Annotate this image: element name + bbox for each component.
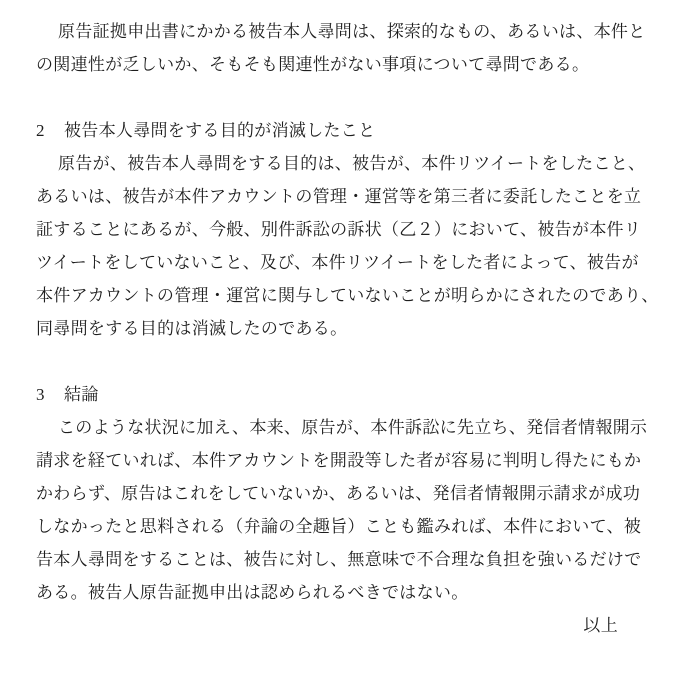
intro-paragraph-line-1: 原告証拠申出書にかかる被告本人尋問は、探索的なもの、あるいは、本件と bbox=[36, 15, 658, 48]
section-3-number: 3 bbox=[36, 378, 48, 411]
intro-paragraph-line-2: の関連性が乏しいか、そもそも関連性がない事項について尋問である。 bbox=[36, 48, 658, 81]
legal-document-page: 原告証拠申出書にかかる被告本人尋問は、探索的なもの、あるいは、本件と の関連性が… bbox=[0, 0, 688, 688]
section-2-heading: 2被告本人尋問をする目的が消滅したこと bbox=[36, 114, 658, 147]
closing-statement: 以上 bbox=[36, 609, 658, 642]
section-3-line-2: 請求を経ていれば、本件アカウントを開設等した者が容易に判明し得たにもか bbox=[36, 444, 658, 477]
section-2-line-3: 証することにあるが、今般、別件訴訟の訴状（乙２）において、被告が本件リ bbox=[36, 213, 658, 246]
section-3-heading: 3結論 bbox=[36, 378, 658, 411]
section-3-line-1: このような状況に加え、本来、原告が、本件訴訟に先立ち、発信者情報開示 bbox=[36, 411, 658, 444]
blank-line bbox=[36, 81, 658, 114]
section-2-line-6: 同尋問をする目的は消滅したのである。 bbox=[36, 312, 658, 345]
section-2-number: 2 bbox=[36, 114, 48, 147]
section-2-line-2: あるいは、被告が本件アカウントの管理・運営等を第三者に委託したことを立 bbox=[36, 180, 658, 213]
section-3-line-3: かわらず、原告はこれをしていないか、あるいは、発信者情報開示請求が成功 bbox=[36, 477, 658, 510]
section-3-line-5: 告本人尋問をすることは、被告に対し、無意味で不合理な負担を強いるだけで bbox=[36, 543, 658, 576]
section-2-line-1: 原告が、被告本人尋問をする目的は、被告が、本件リツイートをしたこと、 bbox=[36, 147, 658, 180]
section-2-line-5: 本件アカウントの管理・運営に関与していないことが明らかにされたのであり、 bbox=[36, 279, 658, 312]
section-3-line-6: ある。被告人原告証拠申出は認められるべきではない。 bbox=[36, 576, 658, 609]
blank-line bbox=[36, 345, 658, 378]
section-3-line-4: しなかったと思料される（弁論の全趣旨）ことも鑑みれば、本件において、被 bbox=[36, 510, 658, 543]
section-2-title: 被告本人尋問をする目的が消滅したこと bbox=[64, 121, 375, 140]
section-3-title: 結論 bbox=[64, 385, 99, 404]
document-body: 原告証拠申出書にかかる被告本人尋問は、探索的なもの、あるいは、本件と の関連性が… bbox=[0, 0, 688, 642]
section-2-line-4: ツイートをしていないこと、及び、本件リツイートをした者によって、被告が bbox=[36, 246, 658, 279]
